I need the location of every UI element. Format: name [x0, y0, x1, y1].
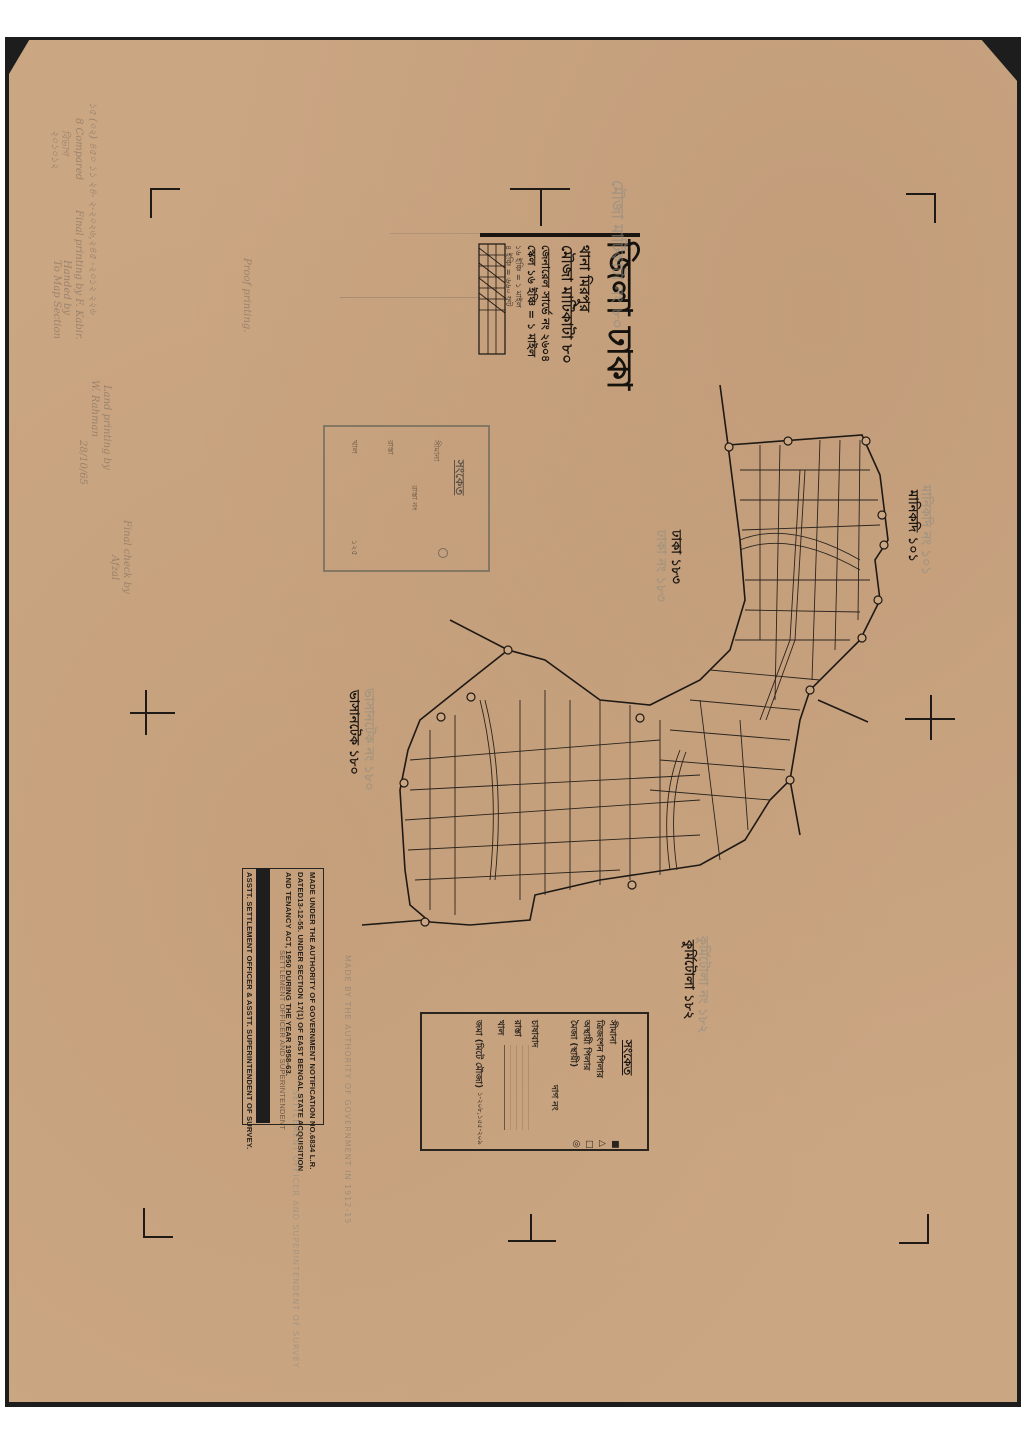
authority-ghost-text-2: SETTLEMENT OFFICER AND SUPERINTENDENT OF…: [291, 1090, 300, 1369]
legend-main-symbol: △: [597, 1140, 607, 1147]
legend-main-row: রাস্তা: [510, 1020, 525, 1037]
legend-main-row: সীমানা: [605, 1020, 620, 1044]
authority-ghost-text: MADE BY THE AUTHORITY OF GOVERNMENT IN 1…: [343, 955, 352, 1224]
certificate-line-1: MADE UNDER THE AUTHORITY OF GOVERNMENT N…: [307, 872, 318, 1170]
legend-fine-print: [504, 1045, 533, 1130]
legend-main-row: ত্রিজংশন পিলার: [592, 1020, 607, 1078]
certificate-signatory: ASSTT. SETTLEMENT OFFICER & ASSTT. SUPER…: [244, 872, 255, 1149]
mouza-parcel-map: [0, 0, 1024, 1447]
legend-main-row: অস্থায়ী পিলার: [579, 1020, 594, 1070]
certificate-ghost-text: SETTLEMENT OFFICER AND SUPERINTENDENT: [277, 950, 288, 1130]
legend-main-symbol: □: [584, 1140, 594, 1149]
legend-main-symbol: ১-২০৮,১৫৫-২০৯: [474, 1092, 486, 1145]
legend-main-symbol: ■: [610, 1140, 620, 1149]
legend-main-row: মৈজা (স্থায়ী): [566, 1020, 581, 1067]
legend-main-row: চাষাবাদ: [527, 1020, 542, 1047]
legend-main-row: জমা (মিটে মৌজা): [471, 1020, 486, 1088]
legend-main-title: সংকেত: [616, 1040, 636, 1075]
certificate-black-bar: [256, 868, 270, 1123]
legend-main-symbol: ◎: [571, 1140, 581, 1148]
legend-main-row: দাগ নং: [547, 1085, 562, 1111]
legend-main-row: খাল: [493, 1020, 508, 1035]
